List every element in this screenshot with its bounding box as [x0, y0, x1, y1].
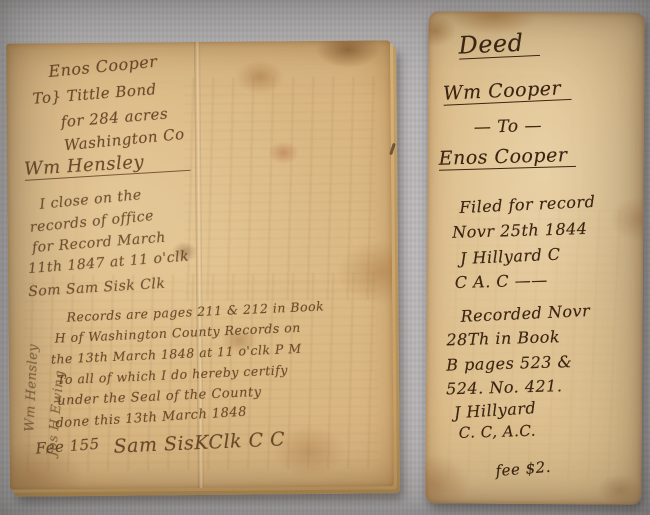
- left-document-title-bond: Enos Cooper To} Tittle Bond for 284 acre…: [6, 40, 394, 489]
- right-clerk-name-1: J Hillyard C: [460, 247, 561, 268]
- right-book-pages-2: 524. No. 421.: [446, 378, 563, 397]
- right-filed-date: Novr 25th 1844: [452, 221, 588, 241]
- right-recorded-date: 28Th in Book: [446, 329, 560, 348]
- left-vertical-signature-1: Wm Hensley: [23, 344, 40, 433]
- right-to-line: — To —: [474, 118, 543, 137]
- right-fee-note: fee $2.: [495, 460, 551, 479]
- right-clerk-title-1: C A. C ——: [455, 272, 548, 291]
- right-grantee-name: Enos Cooper: [438, 146, 575, 171]
- right-title-deed: Deed: [458, 30, 540, 60]
- photo-background: Enos Cooper To} Tittle Bond for 284 acre…: [0, 0, 650, 515]
- right-book-pages-1: B pages 523 &: [446, 354, 572, 374]
- right-clerk-title-2: C. C, A.C.: [459, 424, 537, 441]
- right-document-deed-card: Deed Wm Cooper — To — Enos Cooper Filed …: [425, 11, 644, 504]
